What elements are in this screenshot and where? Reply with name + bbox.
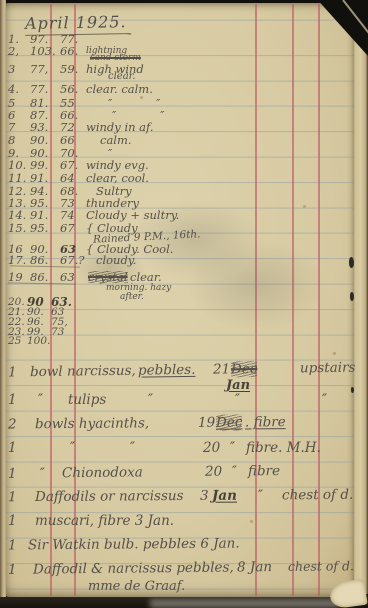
weather-note: calm. [100,134,132,146]
day-number: 15. [8,222,26,234]
high-temp: 86. [30,271,48,283]
quantity: 1 [8,562,17,578]
date: 19 [198,415,215,431]
plant-line: 1 muscari, fibre 3 Jan. [0,513,368,530]
day-number: 7 [8,121,15,133]
date-struck: Dec [216,414,243,430]
location: upstairs [300,360,356,377]
plant-text: . fibre [245,414,286,430]
day-number: 25 [8,335,21,347]
day-number: 2, [8,45,19,57]
low-temp: 56. [60,83,78,95]
plant-text: Chionodoxa [62,464,143,481]
weather-note: cloudy. [96,254,136,266]
plant-text: bowl narcissus, [30,363,136,380]
ditto-mark: ″ [40,465,45,481]
plant-text: tulips [68,392,106,408]
day-number: 10. [8,159,26,171]
quantity: 1 [8,392,17,408]
weather-row: 17. 86. 67.? cloudy. [8,254,353,267]
plant-text: fibre. M.H. [246,440,321,456]
day-number: 8 [8,134,15,146]
weather-row: 4. 77. 56. clear. calm. [8,83,353,96]
weather-row: 25 100. [8,335,353,348]
low-temp: 74 [60,209,75,221]
date: 20 [205,464,222,480]
weather-note: windy evg. [86,159,149,171]
plant-variety: mme de Graaf. [88,579,185,594]
weather-row: 19 86. 63 crystal clear. morning. hazy a… [8,271,353,284]
date: 8 Jan [237,559,272,575]
ditto-mark: ″ [38,392,43,408]
low-temp: 67 [60,222,75,234]
foxing-speck [333,352,336,355]
weather-row: 2, 103. 66. lightning sand storm [8,45,353,58]
plant-text: fibre [248,463,280,479]
low-temp: 67.? [60,254,84,266]
quantity: 1 [8,537,17,553]
ditto-mark: ″ [258,487,263,503]
plant-text: Sir Watkin bulb. pebbles 6 Jan. [28,536,240,554]
low-temp: 63 [60,271,75,283]
high-temp: 91. [30,209,48,221]
weather-note: Cloudy + sultry. [86,209,179,221]
low-temp: 59. [60,63,78,75]
plant-text: Daffodils or narcissus [35,488,184,505]
weather-note: clear, cool. [86,172,149,184]
low-temp: 67. [60,159,78,171]
day-number: 19 [8,271,23,283]
shadow [150,599,340,608]
high-temp: 99. [30,159,48,171]
high-temp: 100. [27,335,50,347]
high-temp: 86. [30,254,48,266]
date-correction: Jan [226,378,250,393]
plant-line: 1 Daffodils or narcissus 3 Jan ″ chest o… [0,487,368,507]
high-temp: 91. [30,172,48,184]
plant-line: 2 bowls hyacinths, 19 Dec . fibre [0,413,368,433]
ditto-mark: ″ [148,392,153,408]
ditto-mark: ″ [130,440,135,456]
quantity: 2 [8,416,17,432]
ditto-mark: ″ [70,440,75,456]
plant-text: Daffodil & narcissus pebbles, [33,559,234,577]
quantity: 1 [8,364,17,380]
high-temp: 77, [30,63,48,75]
location: chest of d. [288,558,354,574]
high-temp: 95. [30,222,48,234]
high-temp: 93. [30,121,48,133]
ditto-mark: ″ [230,440,235,456]
notebook-photo: April 1925. 1. 97. 77. 2, 103. 66. light… [0,0,368,608]
weather-note: windy in af. [86,121,154,133]
quantity: 1 [8,513,17,529]
quantity: 1 [8,466,17,482]
quantity: 1 [8,440,17,456]
day-number: 17. [8,254,26,266]
day-number: 4. [8,83,19,95]
page-stack-edge [352,8,368,594]
low-temp: 66 [60,134,75,146]
day-number: 11. [8,172,26,184]
high-temp: 77. [30,83,48,95]
plant-text: muscari, fibre 3 Jan. [35,513,174,529]
plant-line: 1 Sir Watkin bulb. pebbles 6 Jan. [0,534,368,554]
high-temp: 103. [30,45,56,57]
ditto-mark: ″ [235,392,240,408]
date: 20 [203,440,220,456]
low-temp: 66. [60,45,78,57]
high-temp: 90. [30,134,48,146]
date-struck: Dec [231,361,258,377]
weather-row: 3 77, 59. high wind clear. [8,63,353,76]
low-temp: 72 [60,121,75,133]
ditto-mark: ″ [322,392,327,408]
quantity: 1 [8,489,17,505]
plant-line: 1 ″ ″ 20 ″ fibre. M.H. [0,440,368,457]
plant-text: pebbles. [138,362,196,379]
low-temp: 64 [60,172,75,184]
date: 3 [200,488,209,504]
date: Jan [212,488,237,504]
plant-text: bowls hyacinths, [35,415,149,432]
ditto-mark: ″ [232,463,237,479]
day-number: 14. [8,209,26,221]
day-number: 3 [8,63,15,75]
weather-note: clear. calm. [86,83,153,95]
plant-line: 1 ″ tulips ″ ″ ″ [0,392,368,409]
date: 21 [213,361,230,377]
location: chest of d. [282,487,353,503]
